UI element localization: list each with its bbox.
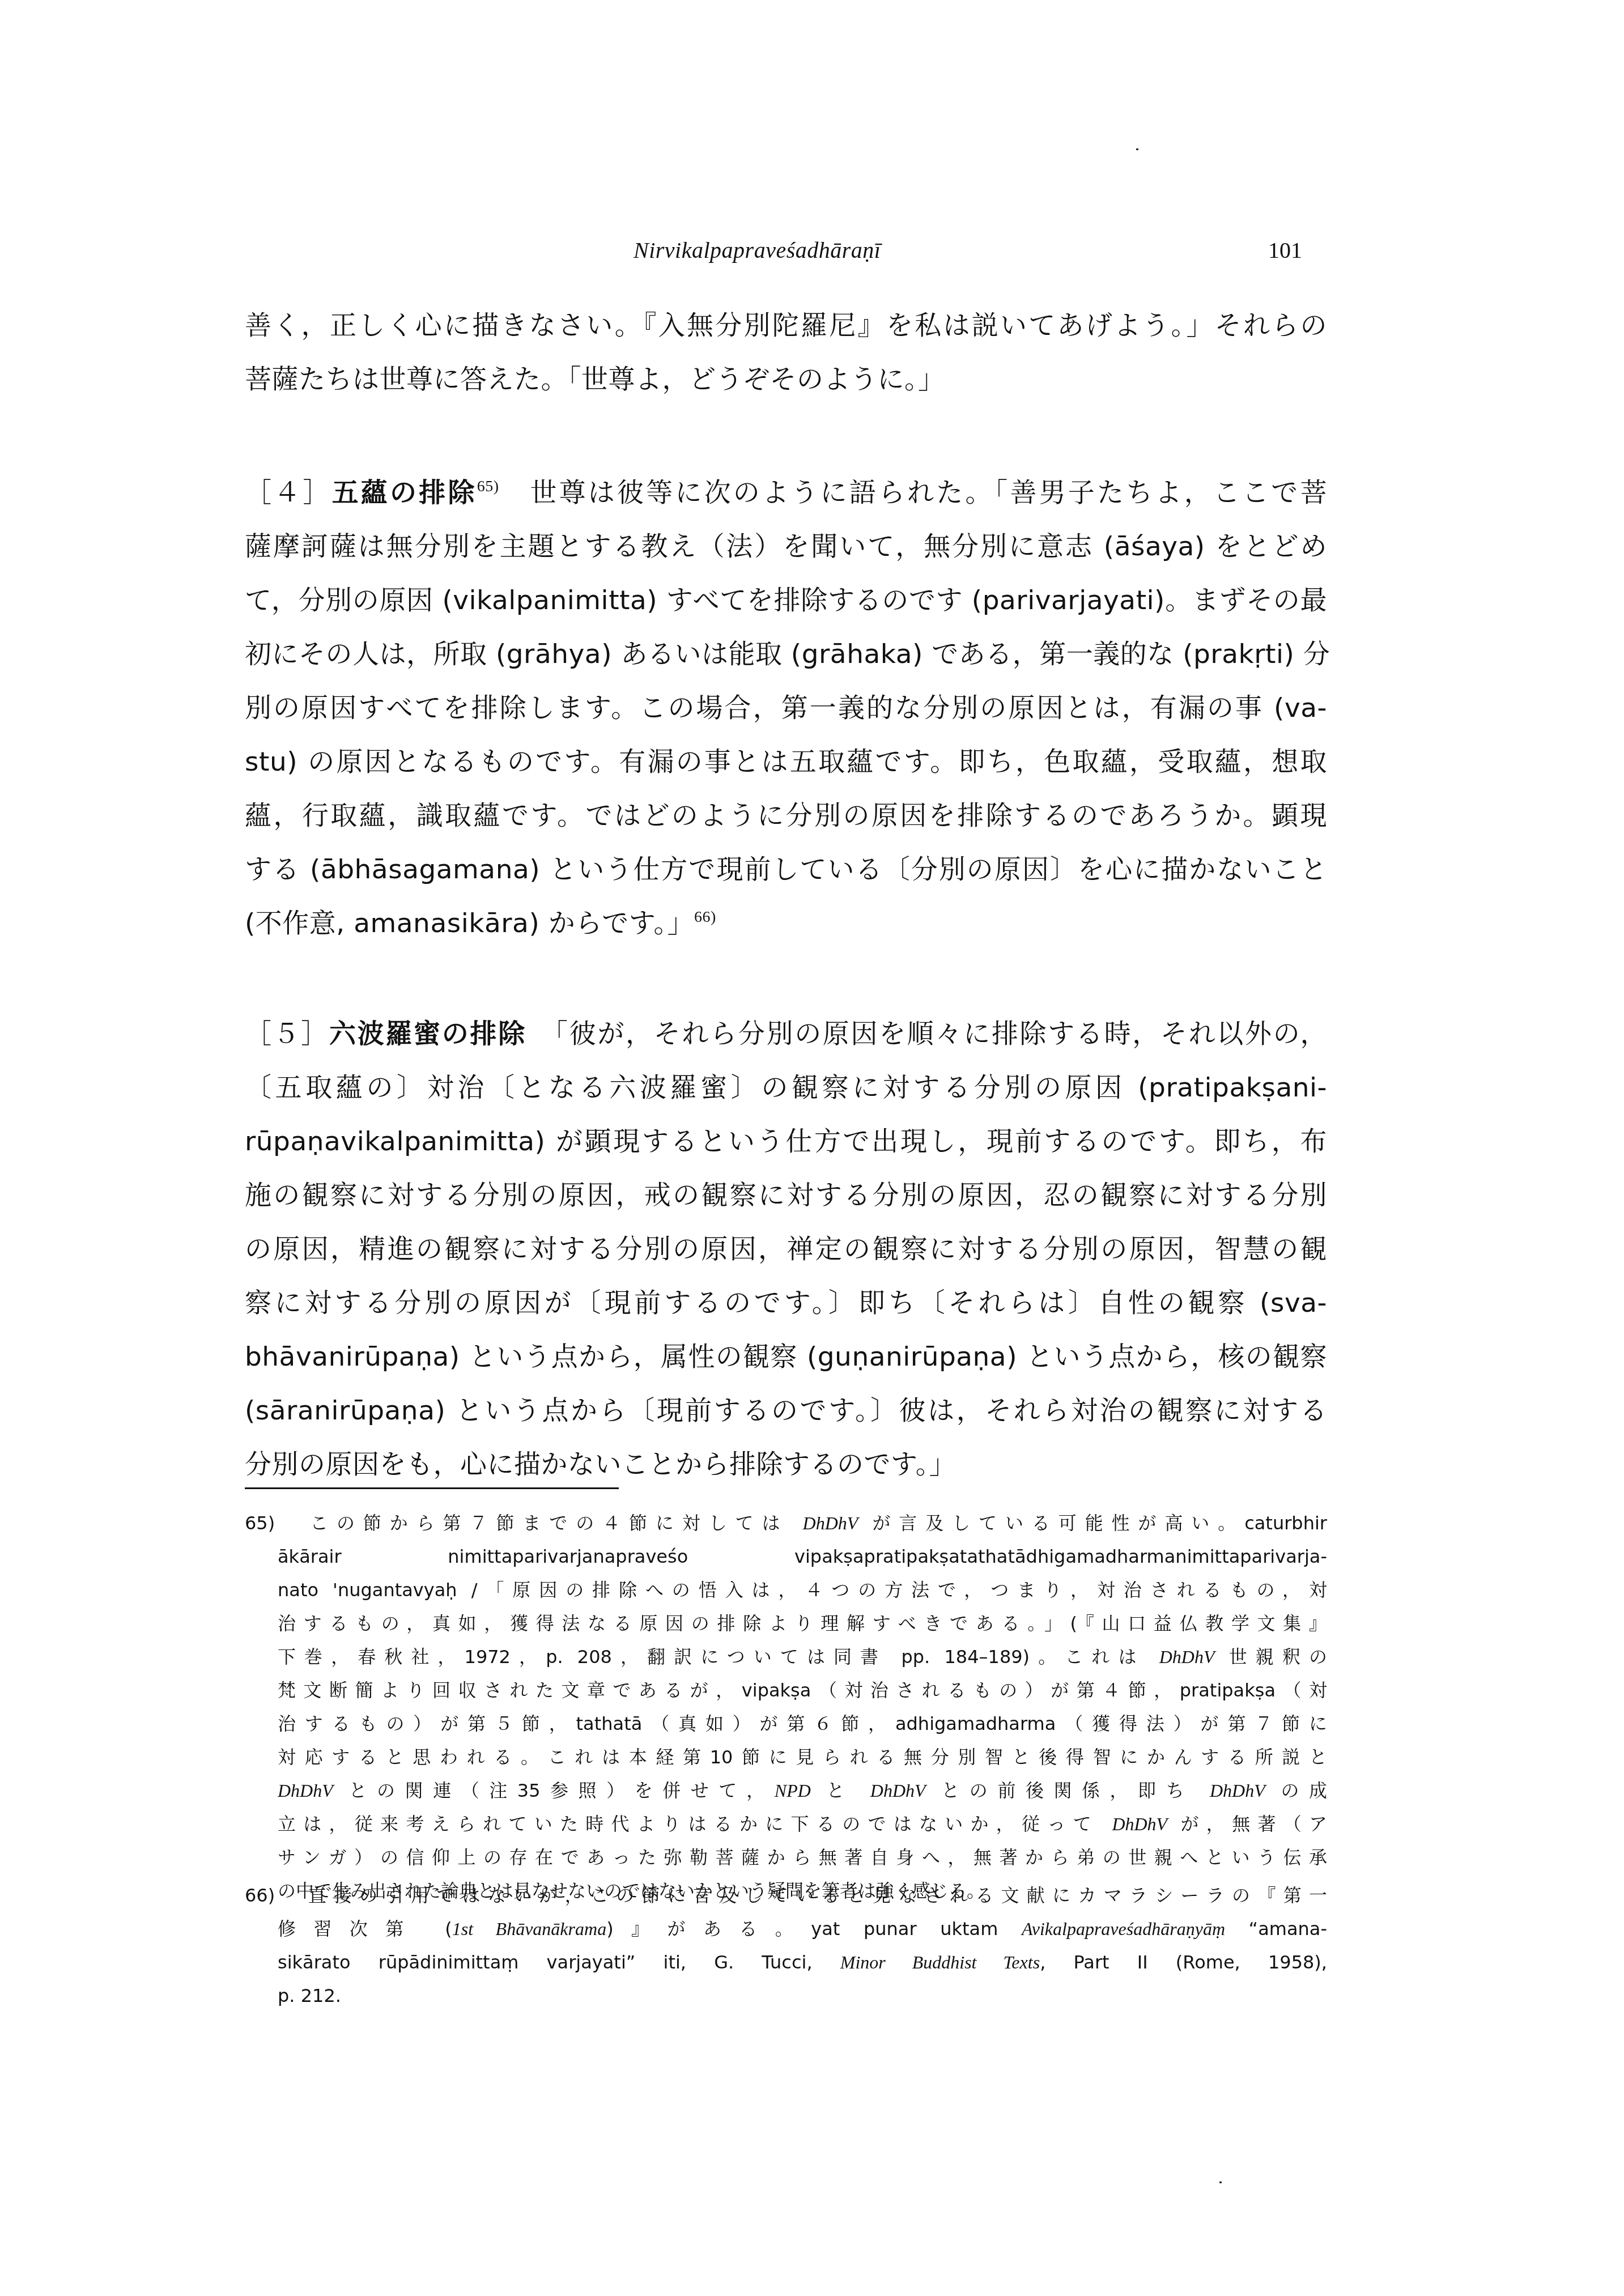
body-line: 菩薩たちは世尊に答えた。「世尊よ，どうぞそのように。」 bbox=[245, 363, 1327, 397]
footnote-text: との関連（注35参照）を併せて， bbox=[333, 1780, 775, 1801]
footnote-65-line: サンガ）の信仰上の存在であった弥勒菩薩から無著自身へ，無著から弟の世親へという伝… bbox=[278, 1846, 1327, 1869]
scan-speck bbox=[1219, 2182, 1222, 2183]
body-line: 施の観察に対する分別の原因，戒の観察に対する分別の原因，忍の観察に対する分別 bbox=[245, 1179, 1327, 1213]
section-number: ［５］ bbox=[245, 1018, 329, 1049]
italic-title: Avikalpapraveśadhāraṇyāṃ bbox=[1022, 1919, 1225, 1939]
body-line: 別の原因すべてを排除します。この場合，第一義的な分別の原因とは，有漏の事 (va… bbox=[245, 691, 1327, 725]
footnote-number: 65) bbox=[245, 1512, 310, 1534]
section-4-first-line: ［４］五蘊の排除65) 世尊は彼等に次のように語られた。「善男子たちよ，ここで菩 bbox=[245, 476, 1327, 510]
body-text: 「彼が，それら分別の原因を順々に排除する時，それ以外の， bbox=[555, 1018, 1328, 1049]
footnote-text: の成 bbox=[1265, 1780, 1327, 1801]
italic-title: DhDhV bbox=[1112, 1814, 1167, 1834]
footnote-text: が言及している可能性が高い。caturbhir bbox=[858, 1512, 1327, 1534]
footnote-66-line: p. 212. bbox=[278, 1984, 1327, 2007]
body-line: 薩摩訶薩は無分別を主題とする教え（法）を聞いて，無分別に意志 (āśaya) を… bbox=[245, 530, 1327, 564]
body-line: 〔五取蘊の〕対治〔となる六波羅蜜〕の観察に対する分別の原因 (pratipakṣ… bbox=[245, 1071, 1327, 1105]
footnote-65-line: 梵文断簡より回収された文章であるが，vipakṣa（対治されるもの）が第４節，p… bbox=[278, 1679, 1327, 1702]
footnote-65-line: 治するもの）が第５節，tathatā（真如）が第６節，adhigamadharm… bbox=[278, 1712, 1327, 1735]
footnote-text: p. 212. bbox=[278, 1985, 341, 2006]
footnote-text: 対応すると思われる。これは本経第10節に見られる無分別智と後得智にかんする所説と bbox=[278, 1746, 1327, 1768]
footnote-text: 修習次第 ( bbox=[278, 1918, 452, 1940]
footnote-text: 立は，従来考えられていた時代よりはるかに下るのではないか，従って bbox=[278, 1813, 1112, 1835]
footnote-text: 世親釈の bbox=[1215, 1646, 1327, 1668]
italic-title: DhDhV bbox=[870, 1780, 926, 1801]
footnote-65-line: 65) この節から第７節までの４節に対しては DhDhV が言及している可能性が… bbox=[245, 1512, 1327, 1534]
italic-title: Minor Buddhist Texts bbox=[840, 1952, 1040, 1972]
footnote-65-line: nato 'nugantavyaḥ /「原因の排除への悟入は，４つの方法で，つま… bbox=[278, 1579, 1327, 1601]
body-line: の原因，精進の観察に対する分別の原因，禅定の観察に対する分別の原因，智慧の観 bbox=[245, 1232, 1327, 1266]
footnote-text: ākārair nimittaparivarjanapraveśo vipakṣ… bbox=[278, 1546, 1327, 1567]
body-line: 初にその人は，所取 (grāhya) あるいは能取 (grāhaka) である，… bbox=[245, 637, 1327, 671]
footnote-text: 下巻，春秋社，1972，p. 208，翻訳については同書 pp. 184–189… bbox=[278, 1646, 1159, 1668]
body-text: (不作意, amanasikāra) からです。」 bbox=[245, 908, 694, 939]
footnote-text: , Part II (Rome, 1958), bbox=[1040, 1951, 1327, 1973]
body-line: する (ābhāsagamana) という仕方で現前している〔分別の原因〕を心に… bbox=[245, 853, 1327, 887]
footnote-66-line: 修習次第 (1st Bhāvanākrama)』がある。yat punar uk… bbox=[278, 1917, 1327, 1940]
footnote-text: 梵文断簡より回収された文章であるが，vipakṣa（対治されるもの）が第４節，p… bbox=[278, 1680, 1327, 1701]
footnote-separator bbox=[245, 1487, 619, 1489]
footnote-text: サンガ）の信仰上の存在であった弥勒菩薩から無著自身へ，無著から弟の世親へという伝… bbox=[278, 1847, 1327, 1868]
body-line: (sāranirūpaṇa) という点から〔現前するのです。〕彼は，それら対治の… bbox=[245, 1394, 1327, 1428]
scan-speck bbox=[1136, 148, 1138, 150]
footnote-text: 直接の引用ではないが，この節に言及していると見なされる文献にカマラシーラの『第一 bbox=[308, 1885, 1327, 1906]
footnote-66-line: sikārato rūpādinimittaṃ varjayati” iti, … bbox=[278, 1951, 1327, 1974]
footnote-text: 治するもの）が第５節，tathatā（真如）が第６節，adhigamadharm… bbox=[278, 1713, 1327, 1734]
running-title: Nirvikalpapraveśadhāraṇī bbox=[634, 237, 881, 263]
section-number: ［４］ bbox=[245, 477, 332, 508]
body-line-last: (不作意, amanasikāra) からです。」66) bbox=[245, 907, 1327, 941]
footnote-ref-65[interactable]: 65) bbox=[477, 478, 499, 495]
body-line: 蘊，行取蘊，識取蘊です。ではどのように分別の原因を排除するのであろうか。顕現 bbox=[245, 799, 1327, 833]
italic-title: NPD bbox=[775, 1780, 811, 1801]
footnote-66-line: 66) 直接の引用ではないが，この節に言及していると見なされる文献にカマラシーラ… bbox=[245, 1884, 1327, 1907]
footnote-text: この節から第７節までの４節に対しては bbox=[310, 1512, 803, 1534]
footnote-number: 66) bbox=[245, 1885, 308, 1906]
footnote-65-line: 治するもの，真如，獲得法なる原因の排除より理解すべきである。」(『山口益仏教学文… bbox=[278, 1612, 1327, 1635]
italic-title: DhDhV bbox=[1210, 1780, 1265, 1801]
footnote-text: と bbox=[811, 1780, 870, 1801]
footnote-65-line: ākārair nimittaparivarjanapraveśo vipakṣ… bbox=[278, 1545, 1327, 1568]
body-line: 分別の原因をも，心に描かないことから排除するのです。」 bbox=[245, 1448, 1327, 1482]
body-line: 察に対する分別の原因が〔現前するのです。〕即ち〔それらは〕自性の観察 (sva- bbox=[245, 1286, 1327, 1320]
body-line: 善く，正しく心に描きなさい。『入無分別陀羅尼』を私は説いてあげよう。」それらの bbox=[245, 309, 1327, 343]
section-5-first-line: ［５］六波羅蜜の排除 「彼が，それら分別の原因を順々に排除する時，それ以外の， bbox=[245, 1017, 1327, 1051]
footnote-65-line: 立は，従来考えられていた時代よりはるかに下るのではないか，従って DhDhV が… bbox=[278, 1813, 1327, 1835]
footnote-text: 治するもの，真如，獲得法なる原因の排除より理解すべきである。」(『山口益仏教学文… bbox=[278, 1613, 1327, 1634]
italic-title: DhDhV bbox=[278, 1780, 333, 1801]
page-number: 101 bbox=[1268, 237, 1302, 263]
section-heading: 六波羅蜜の排除 bbox=[329, 1018, 526, 1049]
body-text: 世尊は彼等に次のように語られた。「善男子たちよ，ここで菩 bbox=[530, 477, 1327, 508]
footnote-ref-66[interactable]: 66) bbox=[694, 908, 716, 926]
italic-title: DhDhV bbox=[1159, 1647, 1215, 1667]
footnote-text: nato 'nugantavyaḥ /「原因の排除への悟入は，４つの方法で，つま… bbox=[278, 1579, 1327, 1601]
body-line: て，分別の原因 (vikalpanimitta) すべてを排除するのです (pa… bbox=[245, 584, 1327, 618]
italic-title: DhDhV bbox=[803, 1513, 858, 1533]
body-line: rūpaṇavikalpanimitta) が顕現するという仕方で出現し，現前す… bbox=[245, 1125, 1327, 1159]
body-line: bhāvanirūpaṇa) という点から，属性の観察 (guṇanirūpaṇ… bbox=[245, 1340, 1327, 1374]
footnote-65-line: 対応すると思われる。これは本経第10節に見られる無分別智と後得智にかんする所説と bbox=[278, 1746, 1327, 1768]
book-page: Nirvikalpapraveśadhāraṇī 101 善く，正しく心に描きな… bbox=[0, 0, 1624, 2296]
body-line: stu) の原因となるものです。有漏の事とは五取蘊です。即ち，色取蘊，受取蘊，想… bbox=[245, 745, 1327, 779]
section-heading: 五蘊の排除 bbox=[332, 477, 477, 508]
footnote-65-line: DhDhV との関連（注35参照）を併せて，NPD と DhDhV との前後関係… bbox=[278, 1779, 1327, 1802]
footnote-text: が，無著（ア bbox=[1167, 1813, 1327, 1835]
italic-title: 1st Bhāvanākrama bbox=[452, 1919, 606, 1939]
footnote-text: との前後関係，即ち bbox=[926, 1780, 1210, 1801]
footnote-text: sikārato rūpādinimittaṃ varjayati” iti, … bbox=[278, 1951, 840, 1973]
footnote-65-line: 下巻，春秋社，1972，p. 208，翻訳については同書 pp. 184–189… bbox=[278, 1646, 1327, 1668]
footnote-text: “amana- bbox=[1225, 1918, 1327, 1940]
footnote-text: )』がある。yat punar uktam bbox=[606, 1918, 1022, 1940]
